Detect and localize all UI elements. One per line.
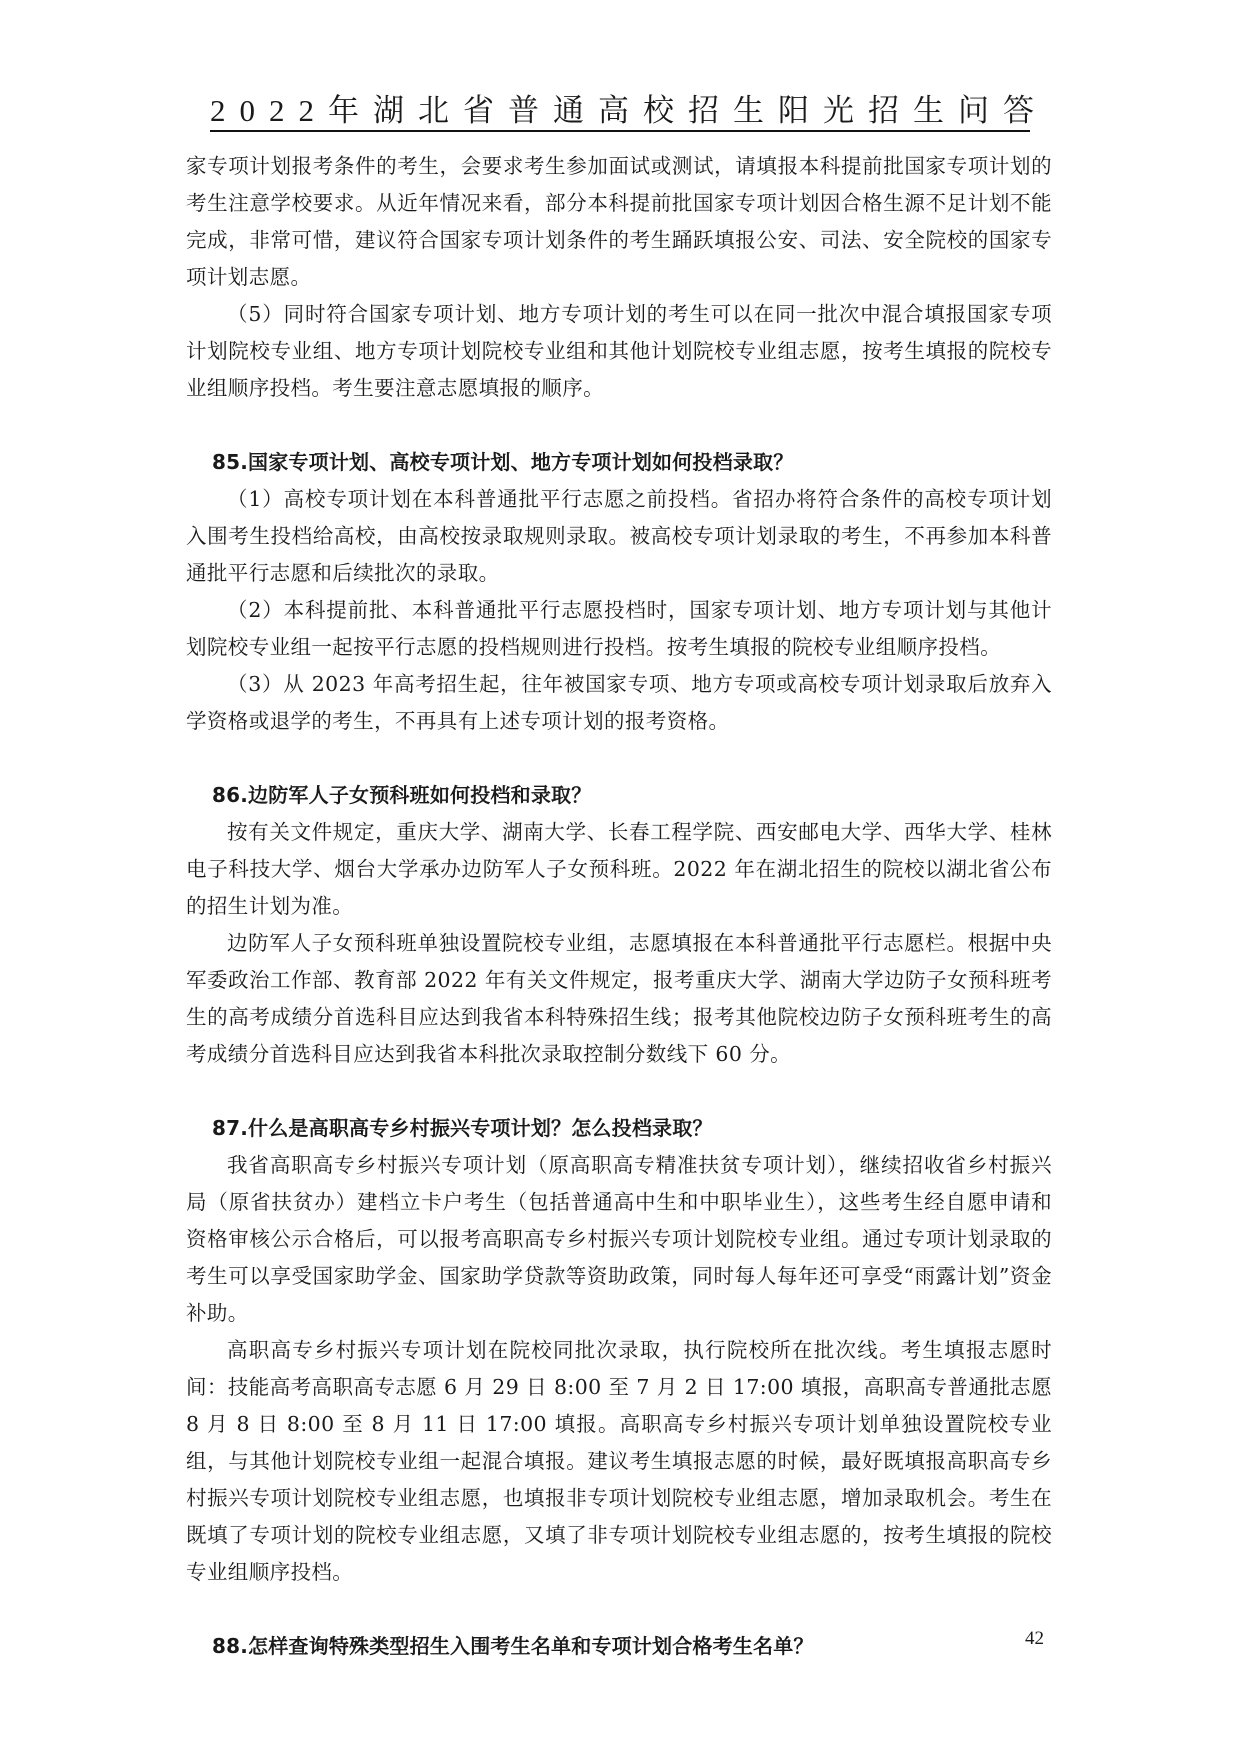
answer-paragraph: 高职高专乡村振兴专项计划在院校同批次录取，执行院校所在批次线。考生填报志愿时间：…: [186, 1332, 1052, 1591]
section-gap: [186, 740, 1052, 777]
section-gap: [186, 1073, 1052, 1110]
question-heading: 87.什么是高职高专乡村振兴专项计划？怎么投档录取？: [186, 1110, 1052, 1147]
question-85: 85.国家专项计划、高校专项计划、地方专项计划如何投档录取？ （1）高校专项计划…: [186, 444, 1052, 740]
question-heading: 88.怎样查询特殊类型招生入围考生名单和专项计划合格考生名单？: [186, 1628, 1052, 1665]
question-86: 86.边防军人子女预科班如何投档和录取？ 按有关文件规定，重庆大学、湖南大学、长…: [186, 777, 1052, 1073]
section-gap: [186, 1591, 1052, 1628]
answer-paragraph: （3）从 2023 年高考招生起，往年被国家专项、地方专项或高校专项计划录取后放…: [186, 666, 1052, 740]
question-heading: 85.国家专项计划、高校专项计划、地方专项计划如何投档录取？: [186, 444, 1052, 481]
document-body: 家专项计划报考条件的考生，会要求考生参加面试或测试，请填报本科提前批国家专项计划…: [186, 148, 1052, 1665]
answer-paragraph: （2）本科提前批、本科普通批平行志愿投档时，国家专项计划、地方专项计划与其他计划…: [186, 592, 1052, 666]
answer-paragraph: 我省高职高专乡村振兴专项计划（原高职高专精准扶贫专项计划），继续招收省乡村振兴局…: [186, 1147, 1052, 1332]
answer-paragraph: 按有关文件规定，重庆大学、湖南大学、长春工程学院、西安邮电大学、西华大学、桂林电…: [186, 814, 1052, 925]
page-number: 42: [1025, 1628, 1044, 1650]
question-88: 88.怎样查询特殊类型招生入围考生名单和专项计划合格考生名单？: [186, 1628, 1052, 1665]
answer-paragraph: 边防军人子女预科班单独设置院校专业组，志愿填报在本科普通批平行志愿栏。根据中央军…: [186, 925, 1052, 1073]
question-heading: 86.边防军人子女预科班如何投档和录取？: [186, 777, 1052, 814]
section-gap: [186, 407, 1052, 444]
answer-paragraph: （1）高校专项计划在本科普通批平行志愿之前投档。省招办将符合条件的高校专项计划入…: [186, 481, 1052, 592]
intro-paragraph-1: 家专项计划报考条件的考生，会要求考生参加面试或测试，请填报本科提前批国家专项计划…: [186, 148, 1052, 296]
document-title: 2022年湖北省普通高校招生阳光招生问答: [210, 92, 1048, 130]
intro-paragraph-2: （5）同时符合国家专项计划、地方专项计划的考生可以在同一批次中混合填报国家专项计…: [186, 296, 1052, 407]
page-header: 2022年湖北省普通高校招生阳光招生问答: [210, 92, 1030, 132]
question-87: 87.什么是高职高专乡村振兴专项计划？怎么投档录取？ 我省高职高专乡村振兴专项计…: [186, 1110, 1052, 1591]
